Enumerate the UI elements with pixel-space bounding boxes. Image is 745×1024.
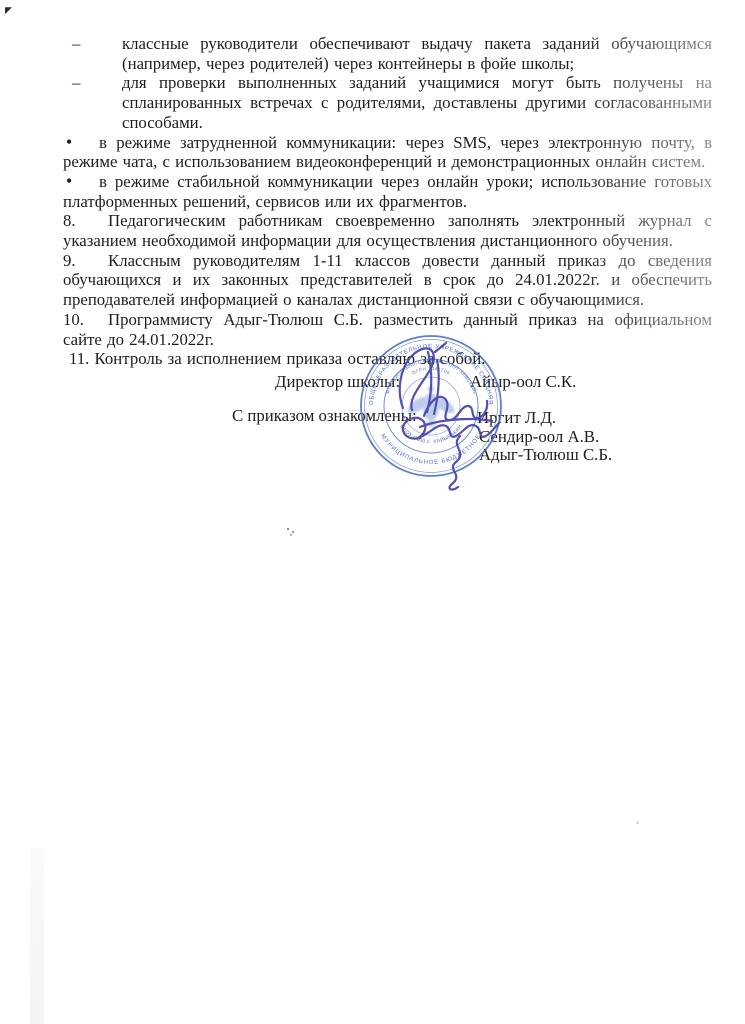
signatures-ink (340, 328, 525, 503)
signature-adyg-ink (450, 436, 461, 490)
signature-director-ink (400, 343, 446, 414)
scanned-document-page: –классные руководители обеспечивают выда… (0, 0, 745, 1024)
paragraph-text: в режиме затрудненной коммуникации: чере… (63, 133, 712, 172)
dash-marker: – (72, 34, 80, 54)
item-number: 8. (63, 211, 108, 231)
paragraph: 9.Классным руководителям 1-11 классов до… (63, 251, 712, 310)
dash-marker: – (72, 73, 80, 93)
paragraph: –для проверки выполненных заданий учащим… (63, 73, 712, 132)
scan-speck (636, 821, 639, 824)
bullet-icon: • (63, 133, 99, 153)
paragraph: 8.Педагогическим работникам своевременно… (63, 211, 712, 250)
scan-edge-smudge (30, 848, 44, 1024)
paragraph-text: Педагогическим работникам своевременно з… (63, 211, 712, 250)
bullet-icon: • (63, 172, 99, 192)
paragraph-text: для проверки выполненных заданий учащими… (122, 73, 712, 131)
paragraph-text: в режиме стабильной коммуникации через о… (63, 172, 712, 211)
signature-irgit-ink (420, 397, 492, 427)
paragraph-text: классные руководители обеспечивают выдач… (122, 34, 712, 73)
item-number: 9. (63, 251, 108, 271)
paragraph: •в режиме стабильной коммуникации через … (63, 172, 712, 211)
document-body: –классные руководители обеспечивают выда… (63, 34, 712, 369)
paragraph: •в режиме затрудненной коммуникации: чер… (63, 133, 712, 172)
scan-speck (287, 528, 289, 530)
paragraph-text: Классным руководителям 1-11 классов дове… (63, 251, 712, 309)
item-number: 10. (63, 310, 108, 330)
paragraph: –классные руководители обеспечивают выда… (63, 34, 712, 73)
scan-corner-mark: ◤ (5, 6, 14, 14)
